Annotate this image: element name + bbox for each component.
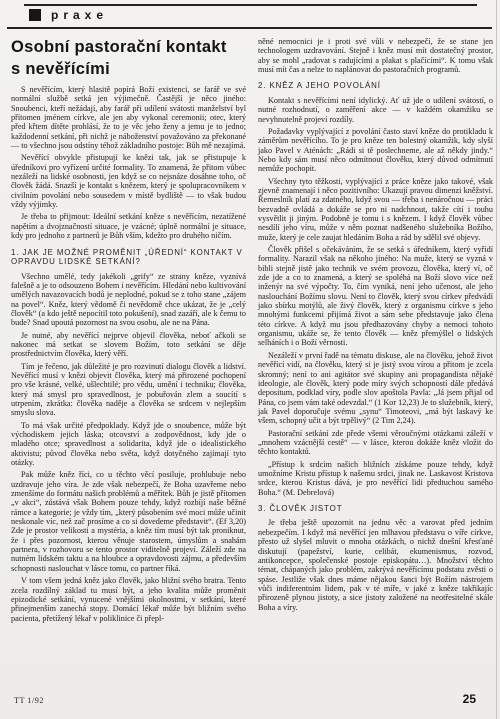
paragraph: Nevěřící obvykle přistupují ke knězi tak… xyxy=(11,153,246,209)
paragraph: Je nutné, aby nevěřící nejprve objevil č… xyxy=(11,331,246,359)
section-heading-1: 1. JAK JE MOŽNÉ PROMĚNIT „ÚŘEDNÍ“ KONTAK… xyxy=(11,248,246,267)
paragraph: Je třeba to přijmout: Ideální setkání kn… xyxy=(11,212,246,240)
paragraph: Nezáleží v první řadě na tématu diskuse,… xyxy=(258,351,493,426)
paragraph: Všechno umělé, tedy jakékoli „grify“ ze … xyxy=(11,272,246,328)
article-title-line1: Osobní pastorační kontakt xyxy=(11,37,256,59)
paragraph: Je třeba ještě upozornit na jednu věc a … xyxy=(258,518,493,611)
right-column: něné nemocnici je i proti své vůli v neb… xyxy=(258,37,493,677)
section-header: praxe xyxy=(29,8,108,22)
paragraph: To má však určité předpoklady. Když jde … xyxy=(11,421,246,468)
section-heading-3: 3. ČLOVĚK JISTOT xyxy=(258,504,493,514)
paragraph: Požadavky vyplývající z povolání často s… xyxy=(258,127,493,174)
article-title-line2: s nevěřícími xyxy=(11,59,256,81)
paragraph: Pak může kněz říci, co u těchto věcí pos… xyxy=(11,470,246,573)
scanned-journal-page: praxe Osobní pastorační kontakt s nevěří… xyxy=(0,0,500,719)
paragraph: Tím je řečeno, jak důležité je pro rozvi… xyxy=(11,362,246,418)
paragraph-continuation: něné nemocnici je i proti své vůli v neb… xyxy=(258,37,493,74)
section-heading-2: 2. KNĚZ A JEHO POVOLÁNÍ xyxy=(258,81,493,91)
quote-paragraph: „Přístup k srdcím našich bližních získám… xyxy=(258,460,493,497)
paragraph: Kontakt s nevěřícími není idylický. Ať u… xyxy=(258,96,493,124)
journal-reference: TT 1/92 xyxy=(14,696,44,705)
page-number: 25 xyxy=(463,692,476,706)
section-label: praxe xyxy=(51,8,108,22)
article-title: Osobní pastorační kontakt s nevěřícími xyxy=(11,37,256,80)
left-column: S nevěřícím, který hlasitě popírá Boží e… xyxy=(11,85,246,685)
paragraph: Pastorační setkání zde přede všemi věrou… xyxy=(258,429,493,457)
paragraph: V tom všem jedná kněz jako člověk, jako … xyxy=(11,576,246,623)
header-rule-top xyxy=(24,4,477,6)
scan-edge-artifact xyxy=(496,0,497,719)
paragraph: Člověk přišel s očekáváním, že se setká … xyxy=(258,245,493,348)
black-square-icon xyxy=(29,9,41,21)
header-rule-bottom xyxy=(7,27,492,29)
paragraph: S nevěřícím, který hlasitě popírá Boží e… xyxy=(11,85,246,150)
paragraph: Všechny tyto těžkosti, vyplývající z prá… xyxy=(258,177,493,242)
